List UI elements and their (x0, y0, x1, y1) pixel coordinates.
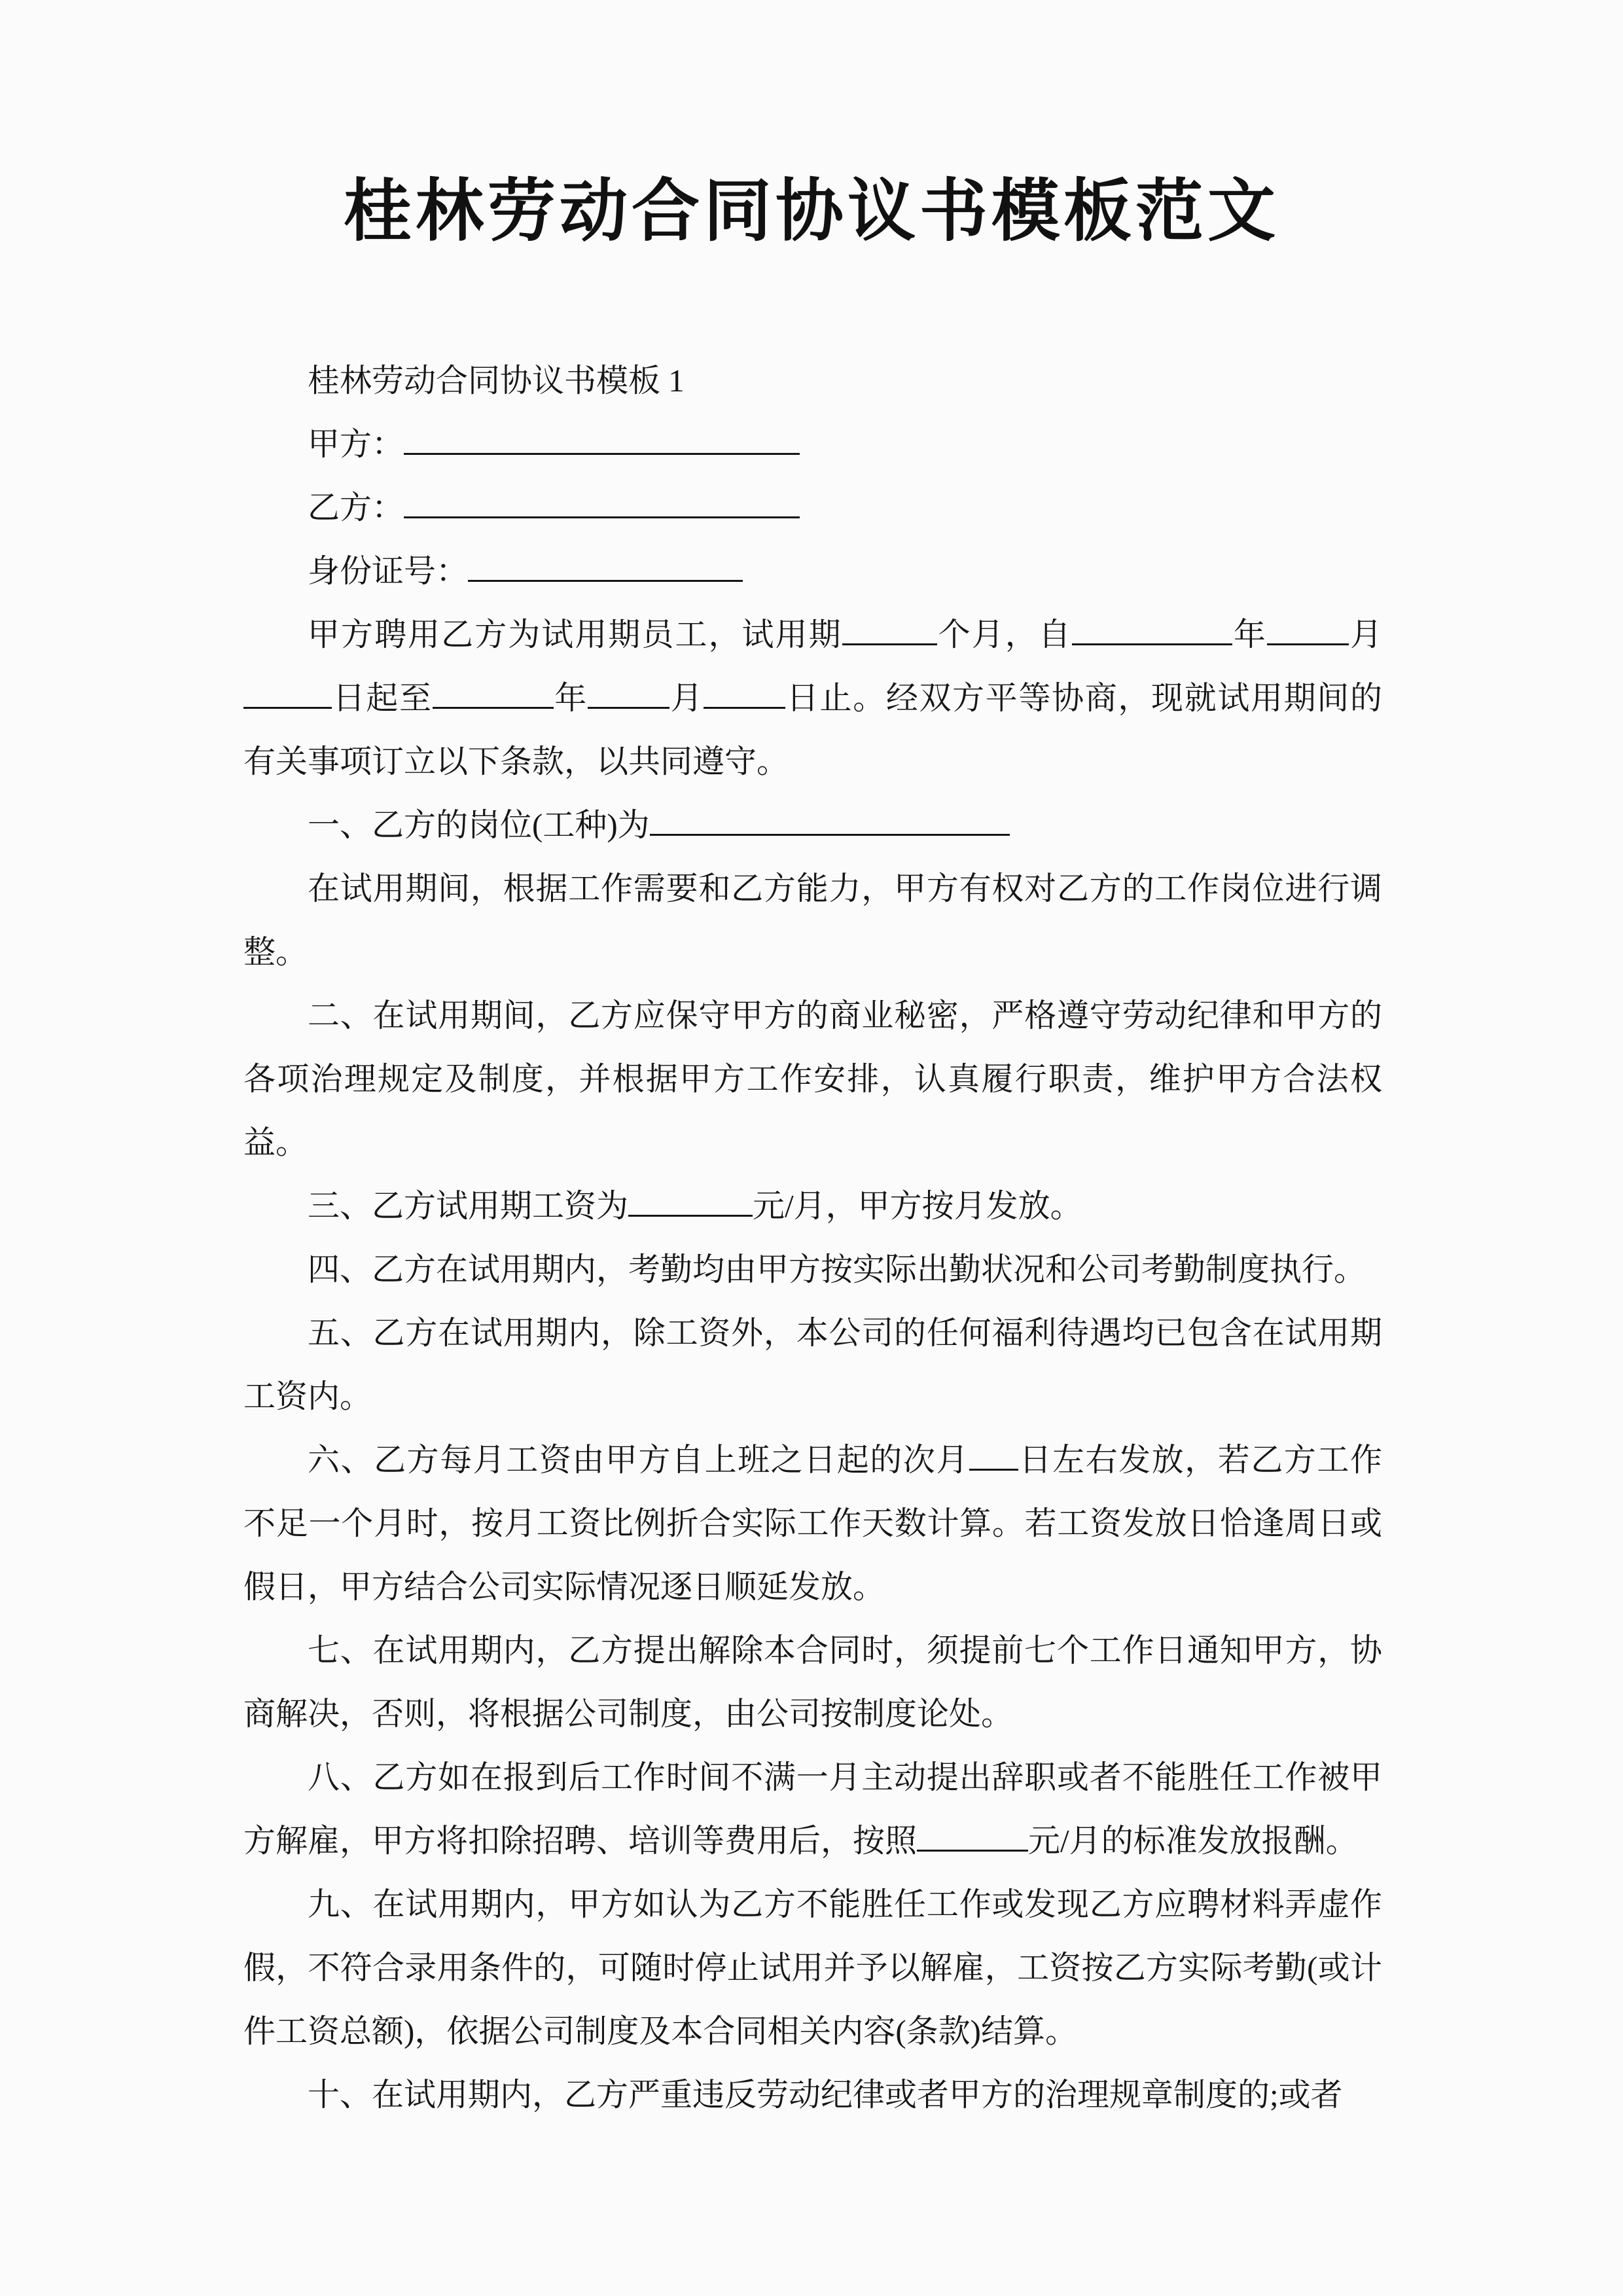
paragraph-text: 一、乙方的岗位(工种)为 (308, 807, 650, 843)
paragraph-text: 身份证号： (308, 553, 468, 589)
paragraph: 二、在试用期间，乙方应保守甲方的商业秘密，严格遵守劳动纪律和甲方的各项治理规定及… (243, 984, 1382, 1174)
paragraph-text: 月 (669, 680, 704, 716)
blank-underline (433, 702, 554, 709)
paragraph-text: 六、乙方每月工资由甲方自上班之日起的次月 (308, 1442, 969, 1478)
document-body: 桂林劳动合同协议书模板 1甲方：乙方：身份证号：甲方聘用乙方为试用期员工，试用期… (243, 349, 1382, 2126)
paragraph-text: 五、乙方在试用期内，除工资外，本公司的任何福利待遇均已包含在试用期工资内。 (243, 1315, 1382, 1414)
paragraph-text: 日起至 (332, 680, 433, 716)
paragraph: 乙方： (243, 476, 1382, 539)
document-page: 桂林劳动合同协议书模板范文 桂林劳动合同协议书模板 1甲方：乙方：身份证号：甲方… (0, 0, 1623, 2296)
paragraph-text: 月 (1349, 617, 1382, 653)
paragraph-text: 个月，自 (937, 617, 1072, 653)
paragraph-text: 元/月，甲方按月发放。 (753, 1188, 1082, 1224)
paragraph: 在试用期间，根据工作需要和乙方能力，甲方有权对乙方的工作岗位进行调整。 (243, 857, 1382, 984)
paragraph-text: 在试用期间，根据工作需要和乙方能力，甲方有权对乙方的工作岗位进行调整。 (243, 870, 1382, 970)
paragraph: 十、在试用期内，乙方严重违反劳动纪律或者甲方的治理规章制度的;或者 (243, 2063, 1382, 2126)
paragraph: 一、乙方的岗位(工种)为 (243, 793, 1382, 857)
paragraph-text: 年 (554, 680, 588, 716)
blank-underline (917, 1844, 1028, 1852)
paragraph-text: 二、在试用期间，乙方应保守甲方的商业秘密，严格遵守劳动纪律和甲方的各项治理规定及… (243, 997, 1382, 1160)
paragraph-text: 甲方聘用乙方为试用期员工，试用期 (308, 617, 842, 653)
paragraph: 七、在试用期内，乙方提出解除本合同时，须提前七个工作日通知甲方，协商解决，否则，… (243, 1619, 1382, 1746)
blank-underline (628, 1210, 753, 1217)
blank-underline (588, 702, 669, 709)
paragraph-text: 乙方： (308, 490, 404, 526)
paragraph: 三、乙方试用期工资为元/月，甲方按月发放。 (243, 1174, 1382, 1238)
paragraph: 甲方聘用乙方为试用期员工，试用期个月，自年月日起至年月日止。经双方平等协商，现就… (243, 603, 1382, 793)
paragraph-text: 甲方： (308, 426, 404, 462)
blank-underline (704, 702, 785, 709)
paragraph: 四、乙方在试用期内，考勤均由甲方按实际出勤状况和公司考勤制度执行。 (243, 1238, 1382, 1301)
paragraph: 甲方： (243, 412, 1382, 476)
blank-underline (1267, 638, 1349, 645)
blank-underline (1072, 638, 1232, 645)
document-title: 桂林劳动合同协议书模板范文 (0, 0, 1623, 253)
paragraph-text: 年 (1232, 617, 1267, 653)
blank-underline (404, 448, 800, 455)
paragraph-text: 九、在试用期内，甲方如认为乙方不能胜任工作或发现乙方应聘材料弄虚作假，不符合录用… (243, 1886, 1382, 2049)
paragraph-text: 十、在试用期内，乙方严重违反劳动纪律或者甲方的治理规章制度的;或者 (308, 2077, 1343, 2113)
blank-underline (468, 575, 743, 582)
paragraph-text: 四、乙方在试用期内，考勤均由甲方按实际出勤状况和公司考勤制度执行。 (308, 1251, 1366, 1287)
blank-underline (650, 829, 1010, 836)
paragraph: 身份证号： (243, 539, 1382, 603)
paragraph: 九、在试用期内，甲方如认为乙方不能胜任工作或发现乙方应聘材料弄虚作假，不符合录用… (243, 1873, 1382, 2063)
paragraph: 六、乙方每月工资由甲方自上班之日起的次月日左右发放，若乙方工作不足一个月时，按月… (243, 1428, 1382, 1619)
blank-underline (243, 702, 332, 709)
paragraph-text: 三、乙方试用期工资为 (308, 1188, 628, 1224)
blank-underline (842, 638, 937, 645)
paragraph: 五、乙方在试用期内，除工资外，本公司的任何福利待遇均已包含在试用期工资内。 (243, 1301, 1382, 1428)
blank-underline (969, 1463, 1018, 1471)
paragraph: 八、乙方如在报到后工作时间不满一月主动提出辞职或者不能胜任工作被甲方解雇，甲方将… (243, 1746, 1382, 1873)
paragraph-text: 七、在试用期内，乙方提出解除本合同时，须提前七个工作日通知甲方，协商解决，否则，… (243, 1632, 1382, 1732)
blank-underline (404, 511, 800, 518)
paragraph-text: 桂林劳动合同协议书模板 1 (308, 363, 685, 399)
paragraph-text: 元/月的标准发放报酬。 (1028, 1823, 1358, 1859)
paragraph: 桂林劳动合同协议书模板 1 (243, 349, 1382, 412)
